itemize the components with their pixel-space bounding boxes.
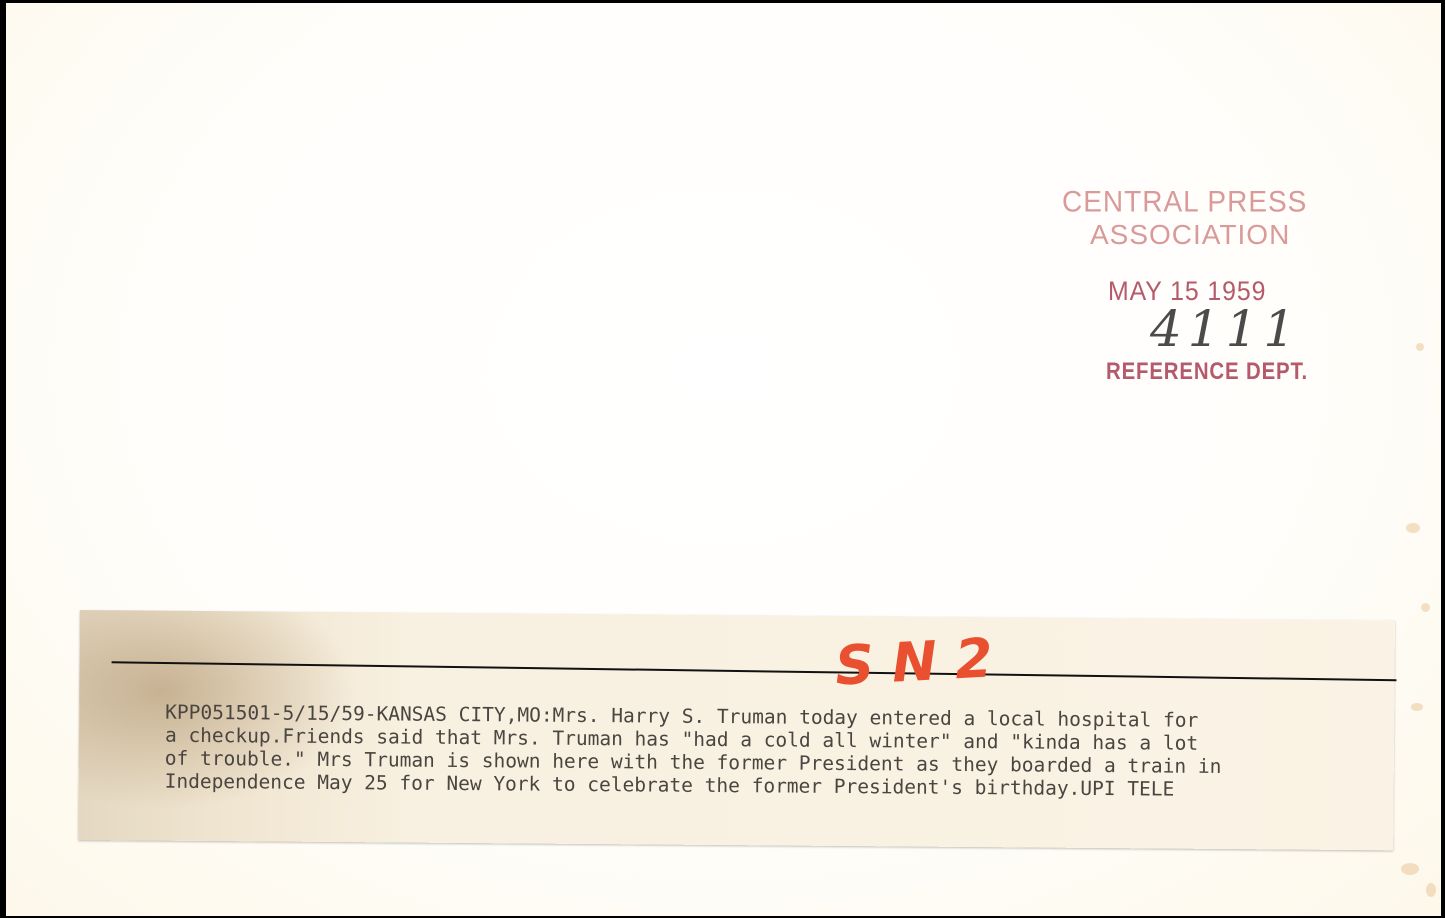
foxing-spot	[1411, 703, 1423, 711]
caption-text: KPP051501-5/15/59-KANSAS CITY,MO:Mrs. Ha…	[165, 701, 1376, 803]
foxing-spot	[1416, 343, 1424, 351]
handwritten-number: 4111	[1150, 300, 1301, 358]
foxing-spot	[1426, 883, 1436, 897]
foxing-spot	[1406, 523, 1420, 533]
stamp-agency-line2: ASSOCIATION	[1090, 219, 1290, 251]
stamp-agency-line1: CENTRAL PRESS	[1062, 185, 1307, 219]
stamp-department: REFERENCE DEPT.	[1106, 358, 1308, 386]
caption-strip: KPP051501-5/15/59-KANSAS CITY,MO:Mrs. Ha…	[78, 610, 1395, 850]
foxing-spot	[1421, 603, 1430, 612]
red-grease-pencil-mark: SN2	[833, 625, 1012, 697]
foxing-spot	[1401, 863, 1419, 875]
